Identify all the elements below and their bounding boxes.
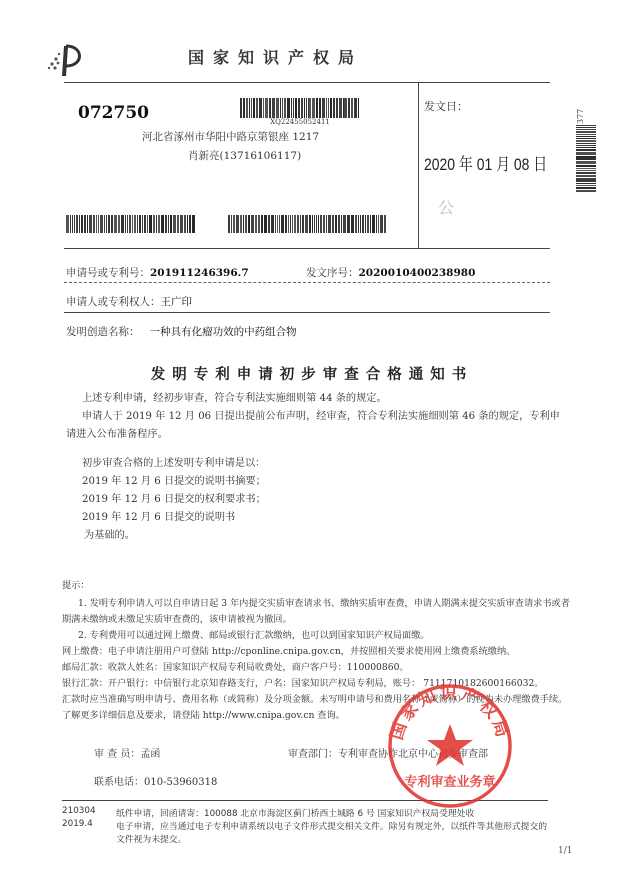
note-item: 期满未缴纳或未缴足实质审查费的，该申请被视为撤回。 <box>62 612 292 629</box>
serial-number-row: 发文序号：2020010400238980 <box>306 261 475 280</box>
notes-heading: 提示： <box>62 578 90 595</box>
basis-intro: 初步审查合格的上述发明专利申请是以： <box>82 455 265 473</box>
footer-electronic-filing: 电子申请，应当通过电子专利申请系统以电子文件形式提交相关文件。除另有规定外，以纸… <box>116 819 547 832</box>
basis-item: 2019 年 12 月 6 日提交的说明书 <box>82 509 235 527</box>
body-paragraph: 申请人于 2019 年 12 月 06 日提出提前公布声明，经审查，符合专利法实… <box>82 408 560 426</box>
examiner-label: 审 查 员： <box>94 749 140 760</box>
application-number-row: 申请号或专利号：201911246396.7 <box>66 261 249 280</box>
note-more-info: 了解更多详细信息及要求，请登陆 http://www.cnipa.gov.cn … <box>62 708 345 725</box>
recipient-address: 河北省涿州市华阳中路京第银座 1217 <box>142 129 319 144</box>
applicant: 王广印 <box>161 296 193 308</box>
department-label: 审查部门： <box>288 749 338 760</box>
handwritten-mark: 公 <box>438 195 454 218</box>
examiner-name: 孟函 <box>140 749 160 760</box>
note-post-payment: 邮局汇款：收款人姓名：国家知识产权局专利局收费处，商户客户号：110000860… <box>62 660 409 677</box>
barcode <box>66 215 198 233</box>
applicant-label: 申请人或专利权人： <box>66 296 161 308</box>
form-code: 210304 <box>62 806 96 816</box>
applicant-row: 申请人或专利权人：王广印 <box>66 290 192 309</box>
agency-name: 国家知识产权局 <box>188 45 363 68</box>
examiner-row: 审 查 员：孟函 <box>94 745 160 760</box>
stamp-star-icon <box>427 724 473 766</box>
page-number: 1/1 <box>558 846 572 856</box>
barcode-number: XQ22455052411 <box>240 118 360 126</box>
fields-divider <box>64 282 550 283</box>
fields-divider <box>64 312 550 313</box>
fields-divider-top <box>64 248 550 249</box>
header-vertical-divider <box>418 83 419 248</box>
application-number-label: 申请号或专利号： <box>66 267 150 279</box>
document-serial-number: 2020010400238980 <box>359 267 476 279</box>
stamp-bottom-text: 专利审查业务章 <box>404 774 495 790</box>
phone-label: 联系电话： <box>94 777 144 788</box>
cnipa-logo-icon <box>44 42 84 78</box>
footer-electronic-filing-cont: 文件视为未提交。 <box>116 832 186 845</box>
note-online-payment: 网上缴费：电子申请注册用户可登陆 http://cponline.cnipa.g… <box>62 644 515 661</box>
note-item: 2. 专利费用可以通过网上缴费、邮局或银行汇款缴纳，也可以到国家知识产权局面缴。 <box>78 628 430 645</box>
side-number: 377 <box>576 109 585 124</box>
invention-label: 发明创造名称： <box>66 326 140 338</box>
invention-title: 一种具有化瘤功效的中药组合物 <box>150 326 297 338</box>
issue-date: 2020 年 01 月 08 日 <box>424 150 547 175</box>
issue-date-label: 发文日： <box>424 98 468 114</box>
basis-item: 2019 年 12 月 6 日提交的说明书摘要； <box>82 473 266 491</box>
body-paragraph: 上述专利申请，经初步审查，符合专利法实施细则第 44 条的规定。 <box>82 390 387 408</box>
invention-row: 发明创造名称： 一种具有化瘤功效的中药组合物 <box>66 320 297 339</box>
body-paragraph: 请进入公布准备程序。 <box>66 426 168 444</box>
side-barcode <box>576 125 596 193</box>
official-seal-stamp: 国家知识产权局 专利审查业务章 <box>386 682 514 810</box>
note-item: 1. 发明专利申请人可以自申请日起 3 年内提交实质审查请求书、缴纳实质审查费，… <box>78 596 570 613</box>
application-number: 201911246396.7 <box>150 267 249 279</box>
basis-end: 为基础的。 <box>84 527 135 545</box>
basis-item: 2019 年 12 月 6 日提交的权利要求书； <box>82 491 266 509</box>
phone-number: 010-53960318 <box>144 777 217 788</box>
barcode <box>240 98 360 118</box>
recipient-contact: 肖新亮(13716106117) <box>188 148 301 163</box>
serial-number: 072750 <box>78 103 149 123</box>
notice-title: 发明专利申请初步审查合格通知书 <box>0 363 624 384</box>
phone-row: 联系电话：010-53960318 <box>94 773 217 788</box>
form-version: 2019.4 <box>62 819 93 829</box>
header-divider <box>64 82 550 83</box>
serial-number-label: 发文序号： <box>306 267 359 279</box>
barcode <box>228 215 388 233</box>
